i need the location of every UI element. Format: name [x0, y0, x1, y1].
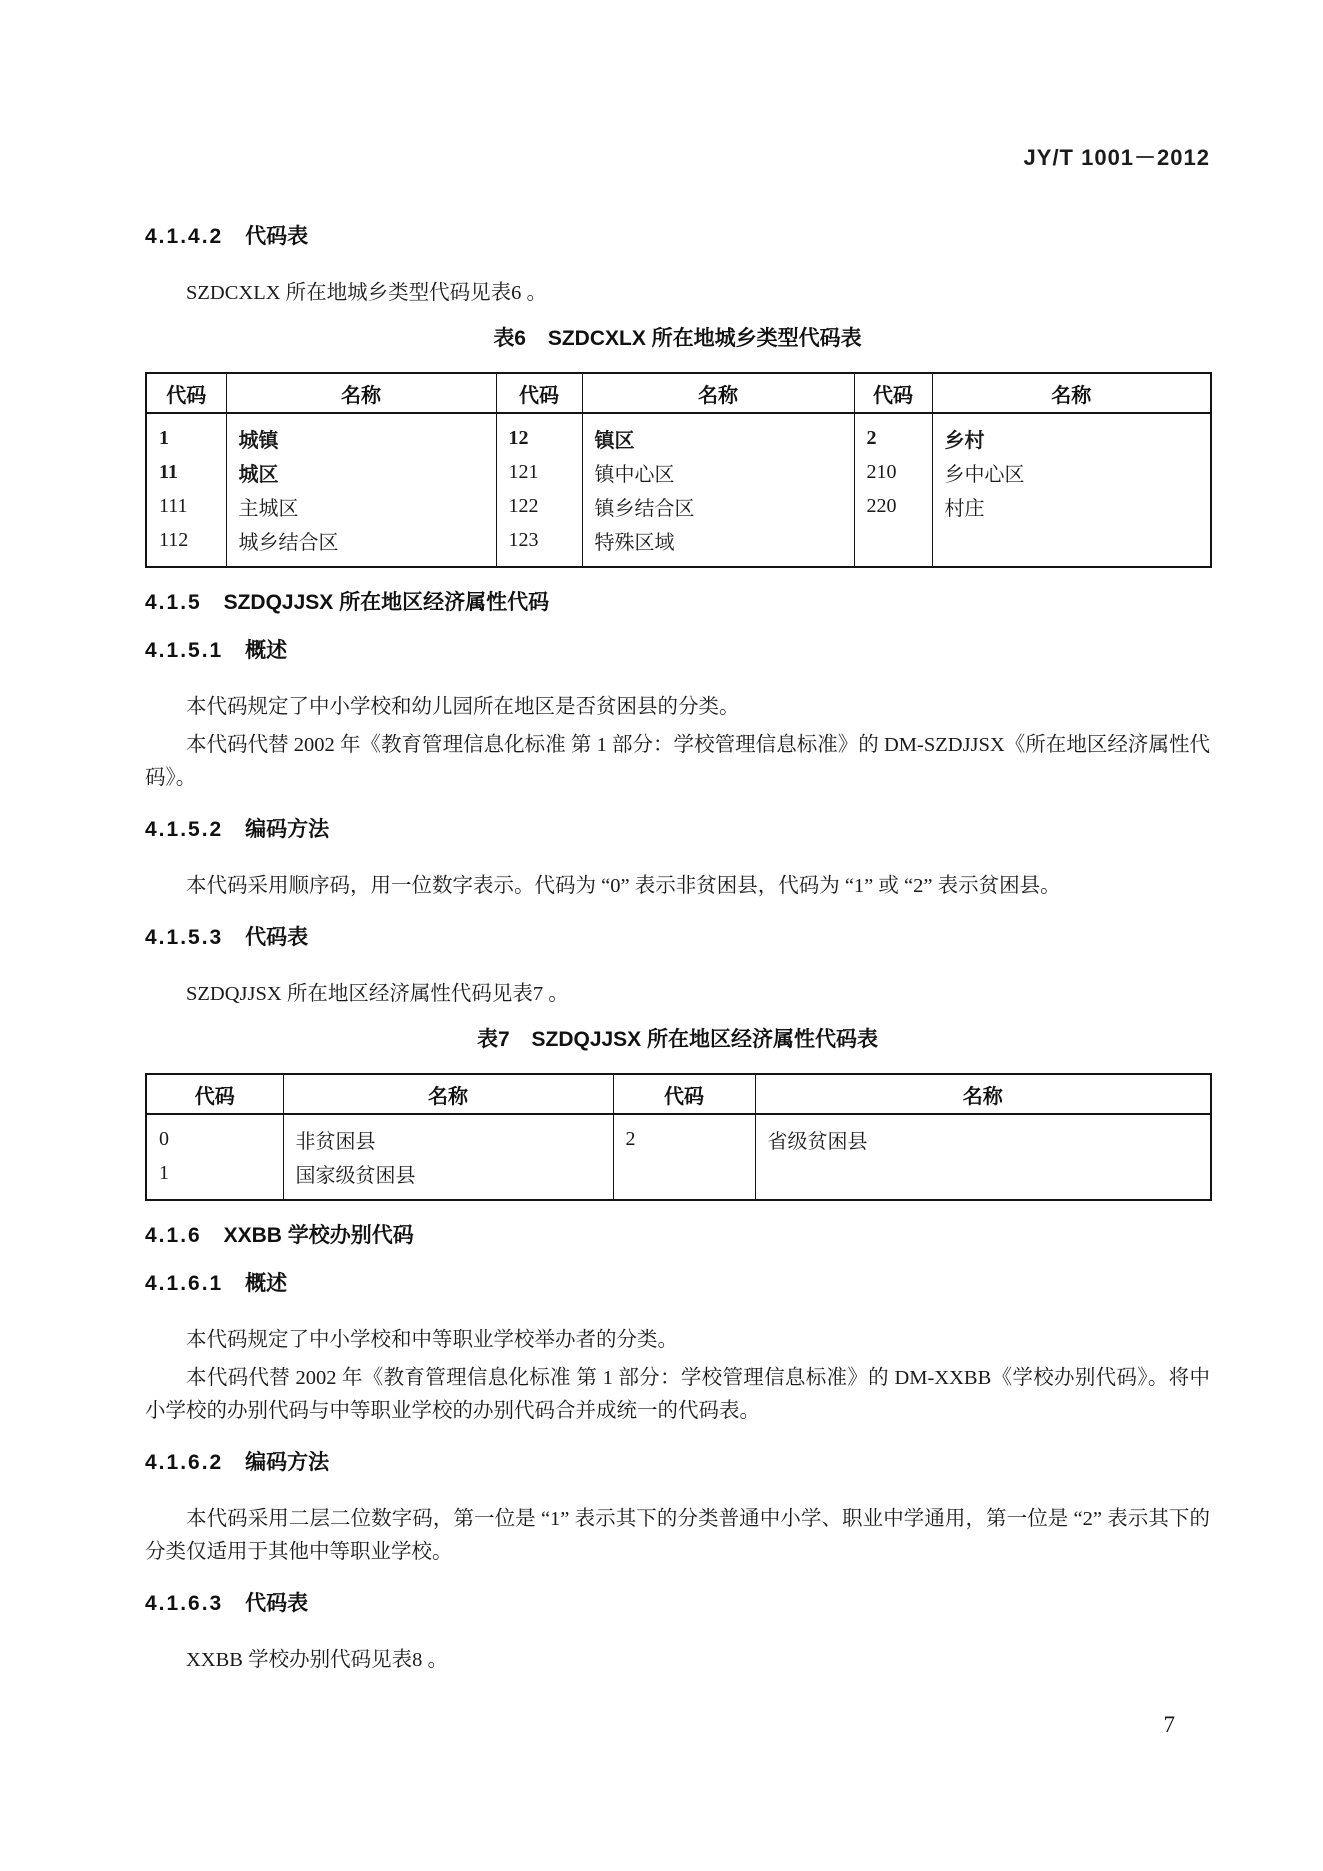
table-cell — [932, 523, 1211, 567]
paragraph: 本代码采用二层二位数字码，第一位是 “1” 表示其下的分类普通中小学、职业中学通… — [145, 1503, 1210, 1569]
column-header: 名称 — [283, 1074, 613, 1114]
table-cell: 主城区 — [226, 489, 496, 523]
table6-label: 表6 — [493, 327, 526, 350]
table-cell: 2 — [613, 1114, 755, 1156]
heading-number: 4.1.6 — [145, 1224, 202, 1247]
table-cell: 0 — [146, 1114, 283, 1156]
table6: 代码 名称 代码 名称 代码 名称 1 城镇 12 镇区 2 乡村 — [145, 372, 1212, 568]
page-content: 4.1.4.2 代码表 SZDCXLX 所在地城乡类型代码见表6 。 表6 SZ… — [145, 224, 1210, 1677]
table-cell — [613, 1156, 755, 1200]
heading-4-1-6-1: 4.1.6.1 概述 — [145, 1271, 1210, 1297]
table-row: 1 城镇 12 镇区 2 乡村 — [146, 413, 1211, 455]
table-cell: 镇区 — [582, 413, 854, 455]
table-cell: 乡村 — [932, 413, 1211, 455]
heading-title: 概述 — [245, 639, 287, 662]
table-cell: 省级贫困县 — [755, 1114, 1211, 1156]
table-cell: 122 — [496, 489, 582, 523]
table-cell — [854, 523, 932, 567]
table-cell: 111 — [146, 489, 226, 523]
table-cell: 城镇 — [226, 413, 496, 455]
column-header: 代码 — [496, 373, 582, 413]
heading-title: 代码表 — [245, 926, 308, 949]
paragraph: SZDCXLX 所在地城乡类型代码见表6 。 — [145, 277, 1210, 310]
table-cell: 村庄 — [932, 489, 1211, 523]
table-cell: 乡中心区 — [932, 455, 1211, 489]
table7-label: 表7 — [477, 1028, 510, 1051]
paragraph: 本代码采用顺序码，用一位数字表示。代码为 “0” 表示非贫困县，代码为 “1” … — [145, 870, 1210, 903]
column-header: 名称 — [755, 1074, 1211, 1114]
table-cell: 12 — [496, 413, 582, 455]
page-number: 7 — [1164, 1712, 1176, 1738]
heading-number: 4.1.5.1 — [145, 639, 223, 662]
table-cell: 特殊区域 — [582, 523, 854, 567]
table-cell: 210 — [854, 455, 932, 489]
table-cell: 121 — [496, 455, 582, 489]
heading-number: 4.1.5.2 — [145, 818, 223, 841]
paragraph: 本代码规定了中小学校和幼儿园所在地区是否贫困县的分类。 — [145, 691, 1210, 724]
column-header: 名称 — [932, 373, 1211, 413]
heading-number: 4.1.5.3 — [145, 926, 223, 949]
table-cell: 123 — [496, 523, 582, 567]
heading-title: 编码方法 — [245, 1451, 329, 1474]
heading-4-1-5-2: 4.1.5.2 编码方法 — [145, 817, 1210, 843]
heading-title: 代码表 — [245, 225, 308, 248]
table7: 代码 名称 代码 名称 0 非贫困县 2 省级贫困县 1 国家级贫困县 — [145, 1073, 1212, 1201]
heading-title: 概述 — [245, 1272, 287, 1295]
paragraph: XXBB 学校办别代码见表8 。 — [145, 1644, 1210, 1677]
heading-number: 4.1.6.1 — [145, 1272, 223, 1295]
document-page: JY/T 1001－2012 4.1.4.2 代码表 SZDCXLX 所在地城乡… — [0, 0, 1323, 1871]
heading-title: XXBB 学校办别代码 — [224, 1224, 414, 1247]
table-cell: 220 — [854, 489, 932, 523]
table-cell: 112 — [146, 523, 226, 567]
column-header: 名称 — [582, 373, 854, 413]
table-cell: 2 — [854, 413, 932, 455]
heading-4-1-4-2: 4.1.4.2 代码表 — [145, 224, 1210, 250]
table7-title: SZDQJJSX 所在地区经济属性代码表 — [531, 1028, 878, 1051]
table7-caption: 表7 SZDQJJSX 所在地区经济属性代码表 — [145, 1027, 1210, 1053]
table-cell: 城区 — [226, 455, 496, 489]
paragraph: 本代码代替 2002 年《教育管理信息化标准 第 1 部分：学校管理信息标准》的… — [145, 1362, 1210, 1428]
table-cell: 城乡结合区 — [226, 523, 496, 567]
paragraph: 本代码规定了中小学校和中等职业学校举办者的分类。 — [145, 1324, 1210, 1357]
table-row: 11 城区 121 镇中心区 210 乡中心区 — [146, 455, 1211, 489]
paragraph: SZDQJJSX 所在地区经济属性代码见表7 。 — [145, 978, 1210, 1011]
table6-title: SZDCXLX 所在地城乡类型代码表 — [548, 327, 862, 350]
table-cell: 1 — [146, 1156, 283, 1200]
column-header: 名称 — [226, 373, 496, 413]
column-header: 代码 — [146, 1074, 283, 1114]
heading-number: 4.1.5 — [145, 591, 202, 614]
heading-4-1-6-2: 4.1.6.2 编码方法 — [145, 1450, 1210, 1476]
table6-caption: 表6 SZDCXLX 所在地城乡类型代码表 — [145, 326, 1210, 352]
table-cell — [755, 1156, 1211, 1200]
heading-number: 4.1.6.3 — [145, 1592, 223, 1615]
heading-title: SZDQJJSX 所在地区经济属性代码 — [224, 591, 550, 614]
table-row: 1 国家级贫困县 — [146, 1156, 1211, 1200]
heading-4-1-5: 4.1.5 SZDQJJSX 所在地区经济属性代码 — [145, 590, 1210, 616]
column-header: 代码 — [613, 1074, 755, 1114]
table-cell: 11 — [146, 455, 226, 489]
table-cell: 镇乡结合区 — [582, 489, 854, 523]
column-header: 代码 — [854, 373, 932, 413]
heading-4-1-6: 4.1.6 XXBB 学校办别代码 — [145, 1223, 1210, 1249]
table-header-row: 代码 名称 代码 名称 代码 名称 — [146, 373, 1211, 413]
table-cell: 1 — [146, 413, 226, 455]
table-cell: 国家级贫困县 — [283, 1156, 613, 1200]
table-cell: 镇中心区 — [582, 455, 854, 489]
column-header: 代码 — [146, 373, 226, 413]
heading-4-1-5-1: 4.1.5.1 概述 — [145, 638, 1210, 664]
table-header-row: 代码 名称 代码 名称 — [146, 1074, 1211, 1114]
heading-title: 编码方法 — [245, 818, 329, 841]
heading-4-1-6-3: 4.1.6.3 代码表 — [145, 1591, 1210, 1617]
paragraph: 本代码代替 2002 年《教育管理信息化标准 第 1 部分：学校管理信息标准》的… — [145, 729, 1210, 795]
standard-number: JY/T 1001－2012 — [1024, 141, 1210, 172]
heading-title: 代码表 — [245, 1592, 308, 1615]
heading-4-1-5-3: 4.1.5.3 代码表 — [145, 925, 1210, 951]
heading-number: 4.1.6.2 — [145, 1451, 223, 1474]
table-row: 112 城乡结合区 123 特殊区域 — [146, 523, 1211, 567]
table-cell: 非贫困县 — [283, 1114, 613, 1156]
table-row: 111 主城区 122 镇乡结合区 220 村庄 — [146, 489, 1211, 523]
heading-number: 4.1.4.2 — [145, 225, 223, 248]
table-row: 0 非贫困县 2 省级贫困县 — [146, 1114, 1211, 1156]
